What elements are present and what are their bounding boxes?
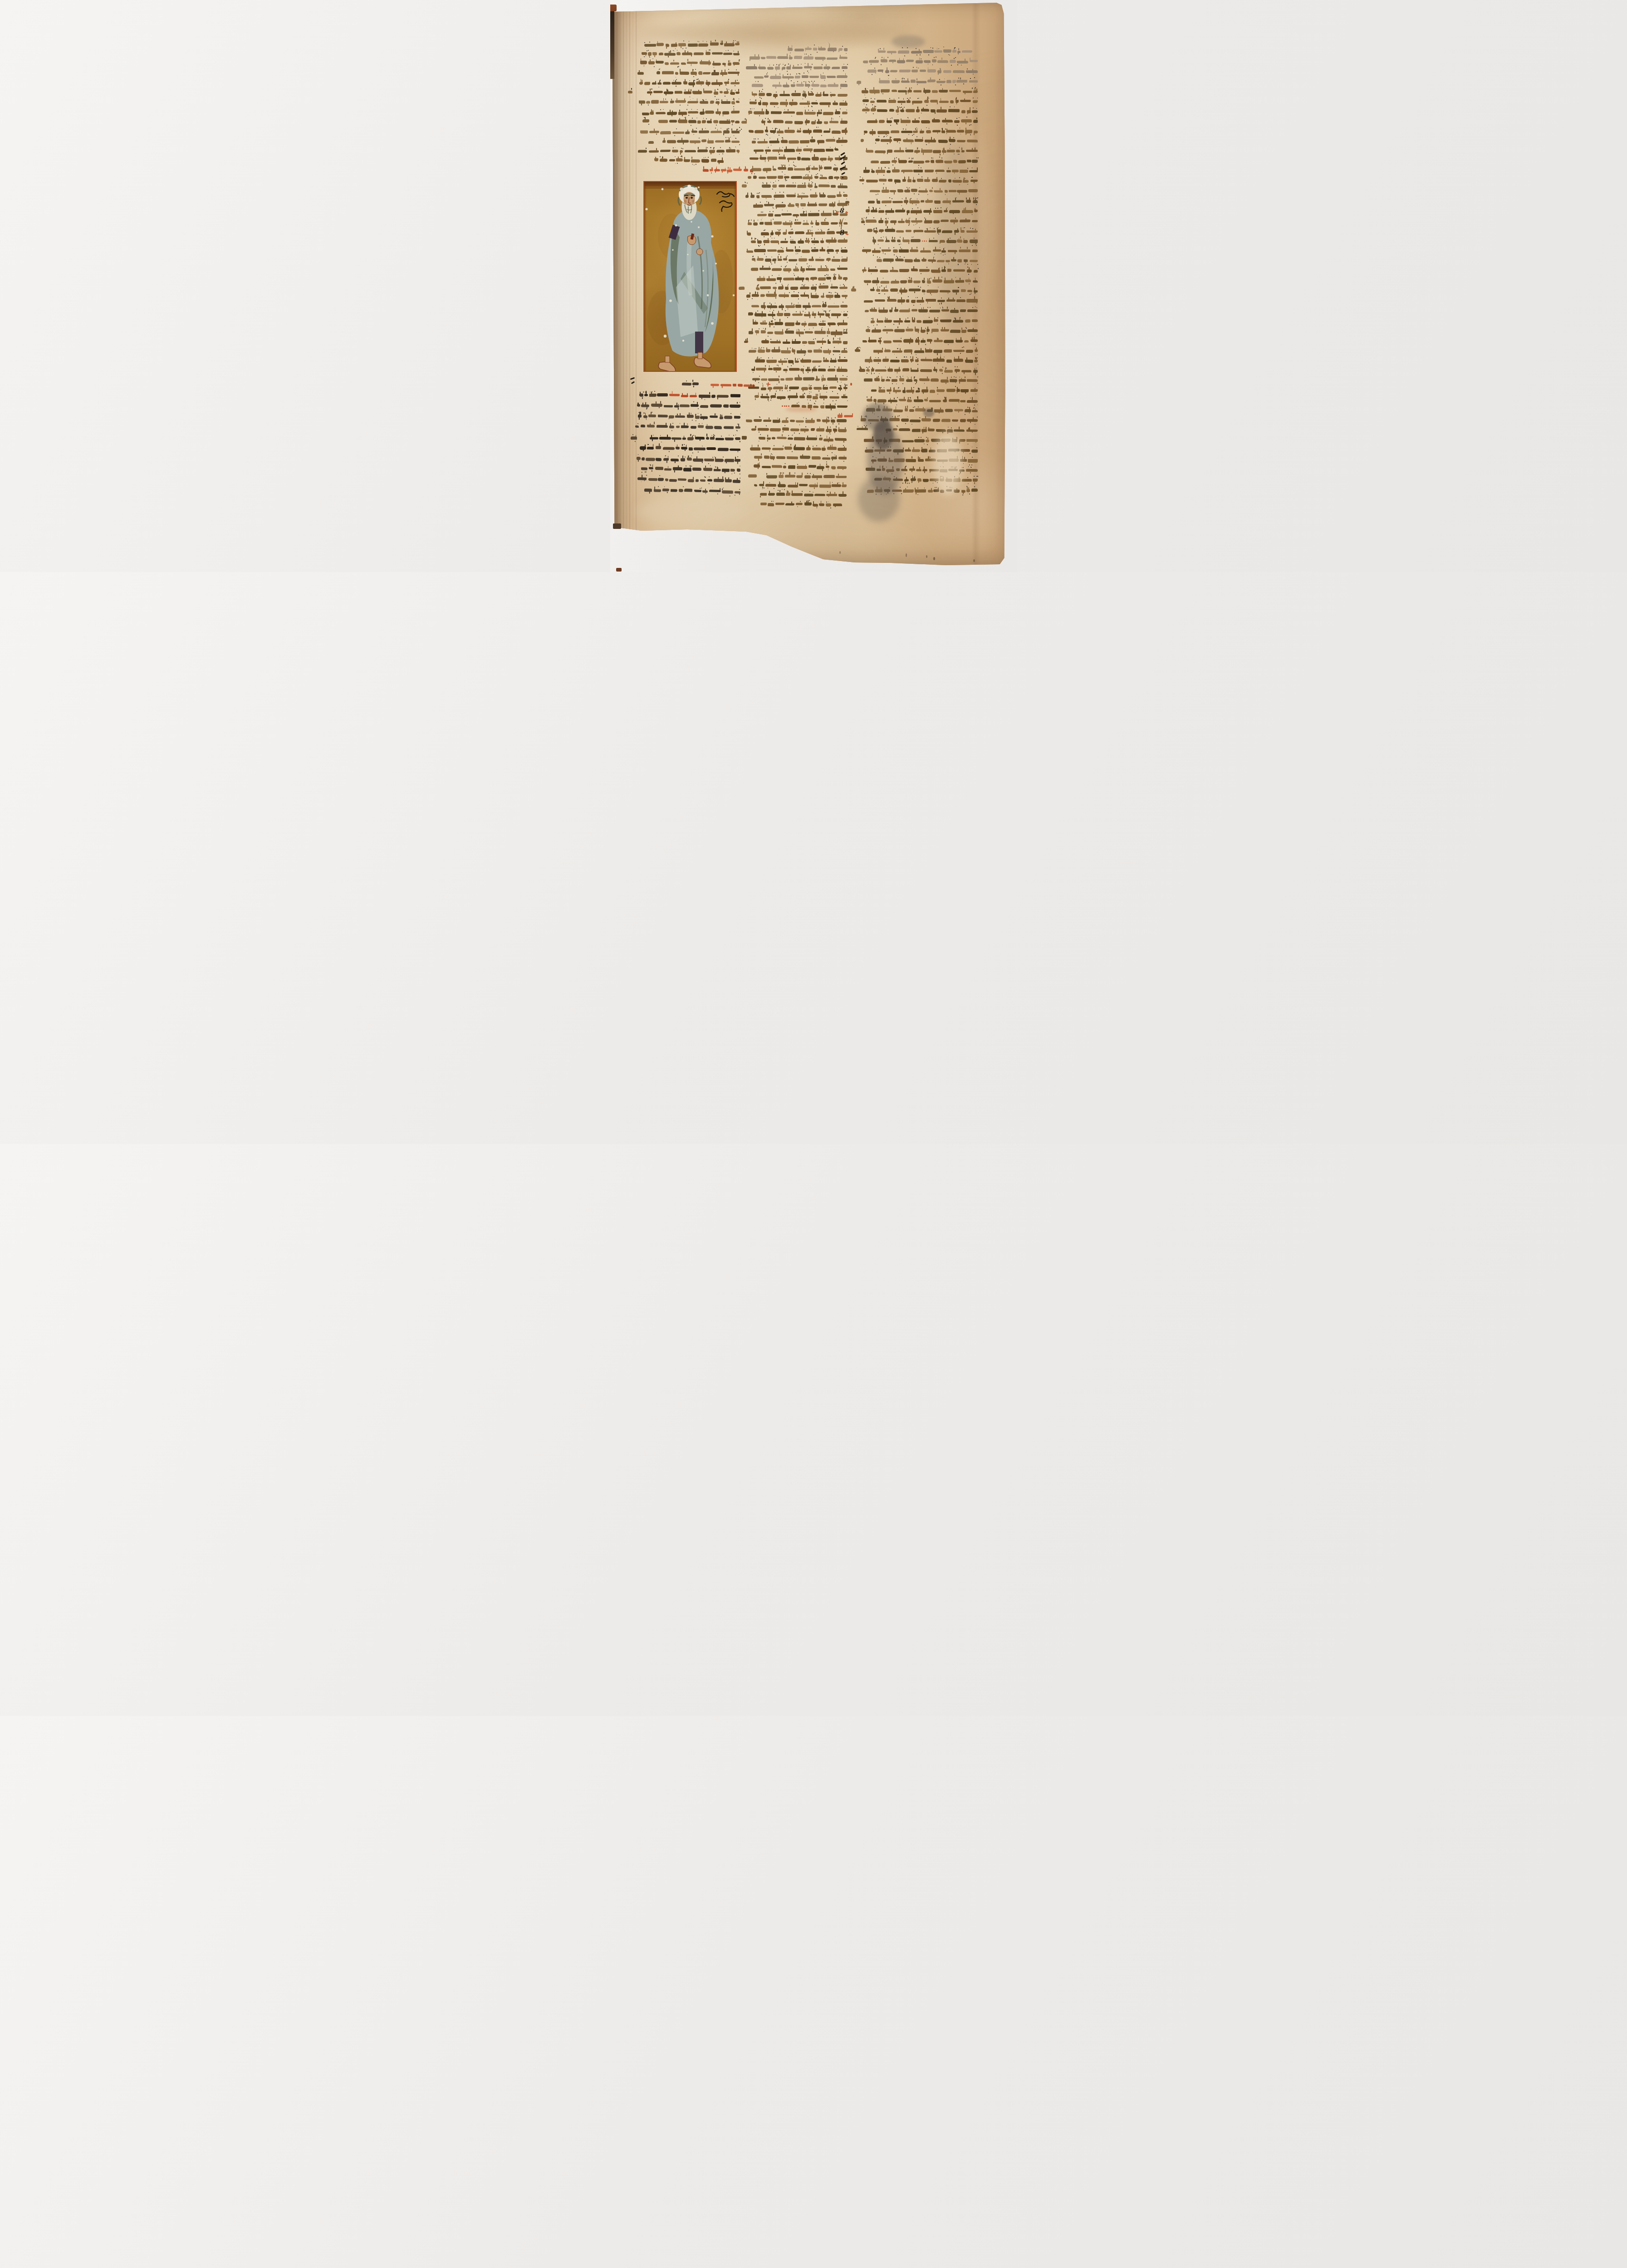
binding-edge-bottom	[613, 523, 621, 529]
manuscript-leaf: 8 8	[610, 0, 1017, 572]
binding-edge	[610, 11, 614, 79]
leather-binding-notch	[610, 5, 617, 11]
leaf-edge-vignette	[610, 0, 1017, 572]
manuscript-photo: Illuminated Syriac Gospel manuscript lea…	[610, 0, 1017, 572]
binding-corner-notch	[616, 568, 622, 572]
